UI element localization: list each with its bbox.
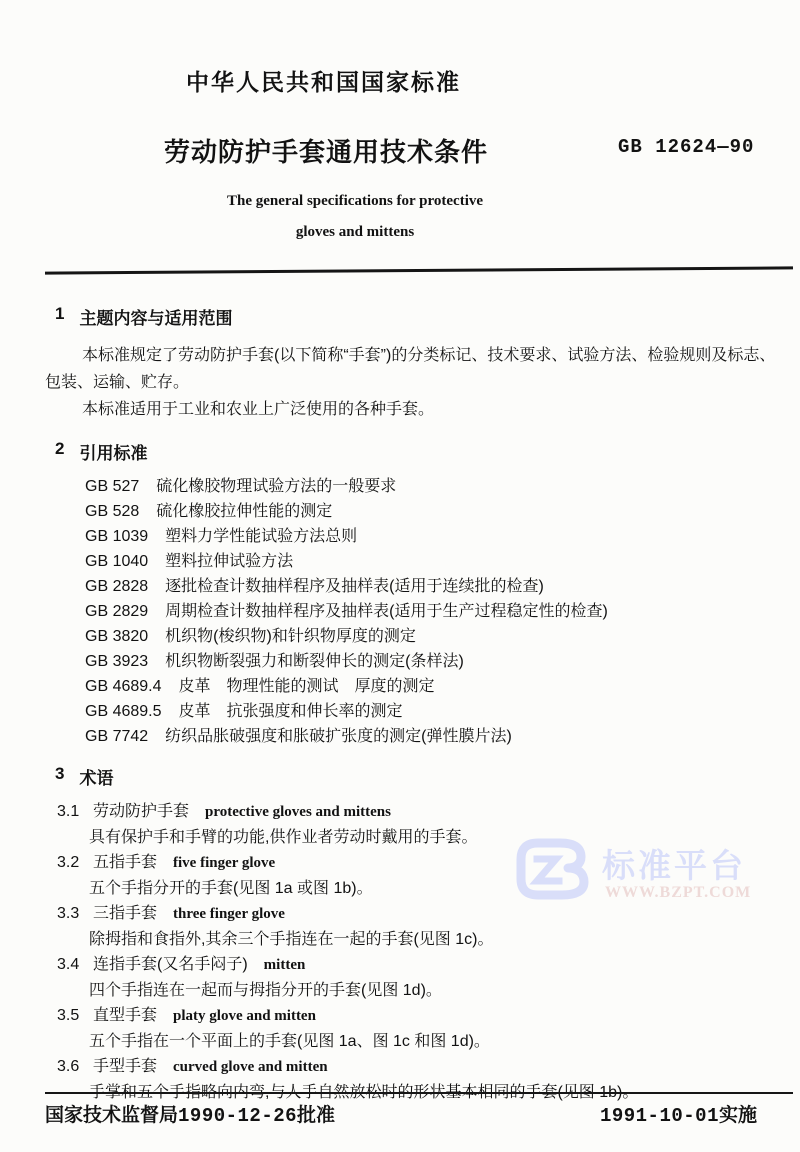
reference-title: 皮革 抗张强度和伸长率的测定 [179,703,403,720]
approval-agency: 国家技术监督局 [45,1105,178,1126]
section-title: 主题内容与适用范围 [79,304,232,329]
term-name-zh: 直型手套 [93,1007,157,1024]
term-name-zh: 手型手套 [93,1058,157,1075]
term-definition: 除拇指和食指外,其余三个手指连在一起的手套(见图 1c)。 [45,927,793,952]
term-name-en: three finger glove [173,906,285,922]
reference-code: GB 1040 [85,549,148,574]
section-heading-references: 2 引用标准 [55,439,147,464]
english-title-line2: gloves and mittens [140,217,570,248]
reference-item: GB 4689.4皮革 物理性能的测试 厚度的测定 [85,674,785,699]
reference-code: GB 3923 [85,649,148,674]
section-heading-scope: 1 主题内容与适用范围 [55,304,232,329]
header-divider [45,266,793,274]
reference-item: GB 1039塑料力学性能试验方法总则 [85,524,785,549]
reference-code: GB 4689.4 [85,674,162,699]
watermark-url: WWW.BZPT.COM [605,884,751,902]
reference-code: GB 1039 [85,524,148,549]
reference-item: GB 7742纺织品胀破强度和胀破扩张度的测定(弹性膜片法) [85,724,785,749]
reference-item: GB 3923机织物断裂强力和断裂伸长的测定(条样法) [85,649,785,674]
reference-item: GB 2829周期检查计数抽样程序及抽样表(适用于生产过程稳定性的检查) [85,599,785,624]
term-name-en: mitten [264,957,306,973]
term-item: 3.5直型手套platy glove and mitten 五个手指在一个平面上… [45,1003,793,1054]
section-number: 2 [55,439,64,464]
standard-number: GB 12624—90 [618,136,754,158]
reference-code: GB 2828 [85,574,148,599]
implementation-date: 1991-10-01 [600,1105,719,1127]
watermark-brand: 标准平台 [602,840,746,887]
term-name-zh: 三指手套 [93,905,157,922]
reference-title: 硫化橡胶物理试验方法的一般要求 [156,478,396,495]
reference-code: GB 3820 [85,624,148,649]
term-item: 3.4连指手套(又名手闷子)mitten 四个手指连在一起而与拇指分开的手套(见… [45,952,793,1003]
term-number: 3.3 [57,901,93,926]
term-number: 3.5 [57,1003,93,1028]
section-number: 1 [55,304,64,329]
approval-date: 1990-12-26 [178,1105,297,1127]
reference-list: GB 527硫化橡胶物理试验方法的一般要求 GB 528硫化橡胶拉伸性能的测定 … [85,474,785,749]
reference-title: 硫化橡胶拉伸性能的测定 [156,503,332,520]
term-definition: 五个手指在一个平面上的手套(见图 1a、图 1c 和图 1d)。 [45,1029,793,1054]
approval-statement: 国家技术监督局1990-12-26批准 [45,1100,335,1127]
term-name-en: protective gloves and mittens [205,804,391,820]
reference-item: GB 527硫化橡胶物理试验方法的一般要求 [85,474,785,499]
term-number: 3.6 [57,1054,93,1079]
term-number: 3.2 [57,850,93,875]
reference-item: GB 2828逐批检查计数抽样程序及抽样表(适用于连续批的检查) [85,574,785,599]
term-item: 3.6手型手套curved glove and mitten 手掌和五个手指略向… [45,1054,793,1105]
english-title: The general specifications for protectiv… [140,186,570,248]
term-number: 3.1 [57,799,93,824]
scope-paragraphs: 本标准规定了劳动防护手套(以下简称“手套”)的分类标记、技术要求、试验方法、检验… [45,342,793,423]
reference-code: GB 2829 [85,599,148,624]
document-page: 中华人民共和国国家标准 劳动防护手套通用技术条件 GB 12624—90 The… [0,0,800,1152]
term-name-zh: 连指手套(又名手闷子) [93,956,248,973]
reference-title: 逐批检查计数抽样程序及抽样表(适用于连续批的检查) [165,578,544,595]
reference-code: GB 528 [85,499,139,524]
reference-item: GB 528硫化橡胶拉伸性能的测定 [85,499,785,524]
reference-title: 机织物断裂强力和断裂伸长的测定(条样法) [165,653,464,670]
implementation-statement: 1991-10-01实施 [600,1100,757,1127]
implementation-suffix: 实施 [719,1105,757,1126]
reference-title: 纺织品胀破强度和胀破扩张度的测定(弹性膜片法) [165,728,512,745]
term-name-en: curved glove and mitten [173,1059,328,1075]
reference-item: GB 1040塑料拉伸试验方法 [85,549,785,574]
reference-code: GB 4689.5 [85,699,162,724]
term-name-en: platy glove and mitten [173,1008,316,1024]
standard-category-title: 中华人民共和国国家标准 [186,64,461,97]
reference-title: 塑料力学性能试验方法总则 [165,528,357,545]
term-name-en: five finger glove [173,855,275,871]
reference-code: GB 7742 [85,724,148,749]
term-name-zh: 五指手套 [93,854,157,871]
english-title-line1: The general specifications for protectiv… [140,186,570,217]
reference-code: GB 527 [85,474,139,499]
approval-suffix: 批准 [297,1105,335,1126]
reference-title: 周期检查计数抽样程序及抽样表(适用于生产过程稳定性的检查) [165,603,608,620]
term-number: 3.4 [57,952,93,977]
reference-item: GB 3820机织物(梭织物)和针织物厚度的测定 [85,624,785,649]
scope-line: 本标准规定了劳动防护手套(以下简称“手套”)的分类标记、技术要求、试验方法、检验… [45,342,793,369]
reference-title: 皮革 物理性能的测试 厚度的测定 [179,678,435,695]
term-item: 3.3三指手套three finger glove 除拇指和食指外,其余三个手指… [45,901,793,952]
reference-item: GB 4689.5皮革 抗张强度和伸长率的测定 [85,699,785,724]
section-title: 引用标准 [79,439,147,464]
term-name-zh: 劳动防护手套 [93,803,189,820]
scope-line: 包装、运输、贮存。 [45,369,793,396]
footer-divider [45,1092,793,1094]
section-number: 3 [55,764,64,789]
document-title: 劳动防护手套通用技术条件 [164,132,488,169]
reference-title: 机织物(梭织物)和针织物厚度的测定 [165,628,416,645]
reference-title: 塑料拉伸试验方法 [165,553,293,570]
watermark: 标准平台 WWW.BZPT.COM [514,838,764,908]
section-title: 术语 [79,764,113,789]
term-definition: 四个手指连在一起而与拇指分开的手套(见图 1d)。 [45,978,793,1003]
bzpt-logo-icon [514,838,598,905]
scope-line: 本标准适用于工业和农业上广泛使用的各种手套。 [45,396,793,423]
section-heading-terms: 3 术语 [55,764,113,789]
footer: 国家技术监督局1990-12-26批准 1991-10-01实施 [45,1100,757,1127]
